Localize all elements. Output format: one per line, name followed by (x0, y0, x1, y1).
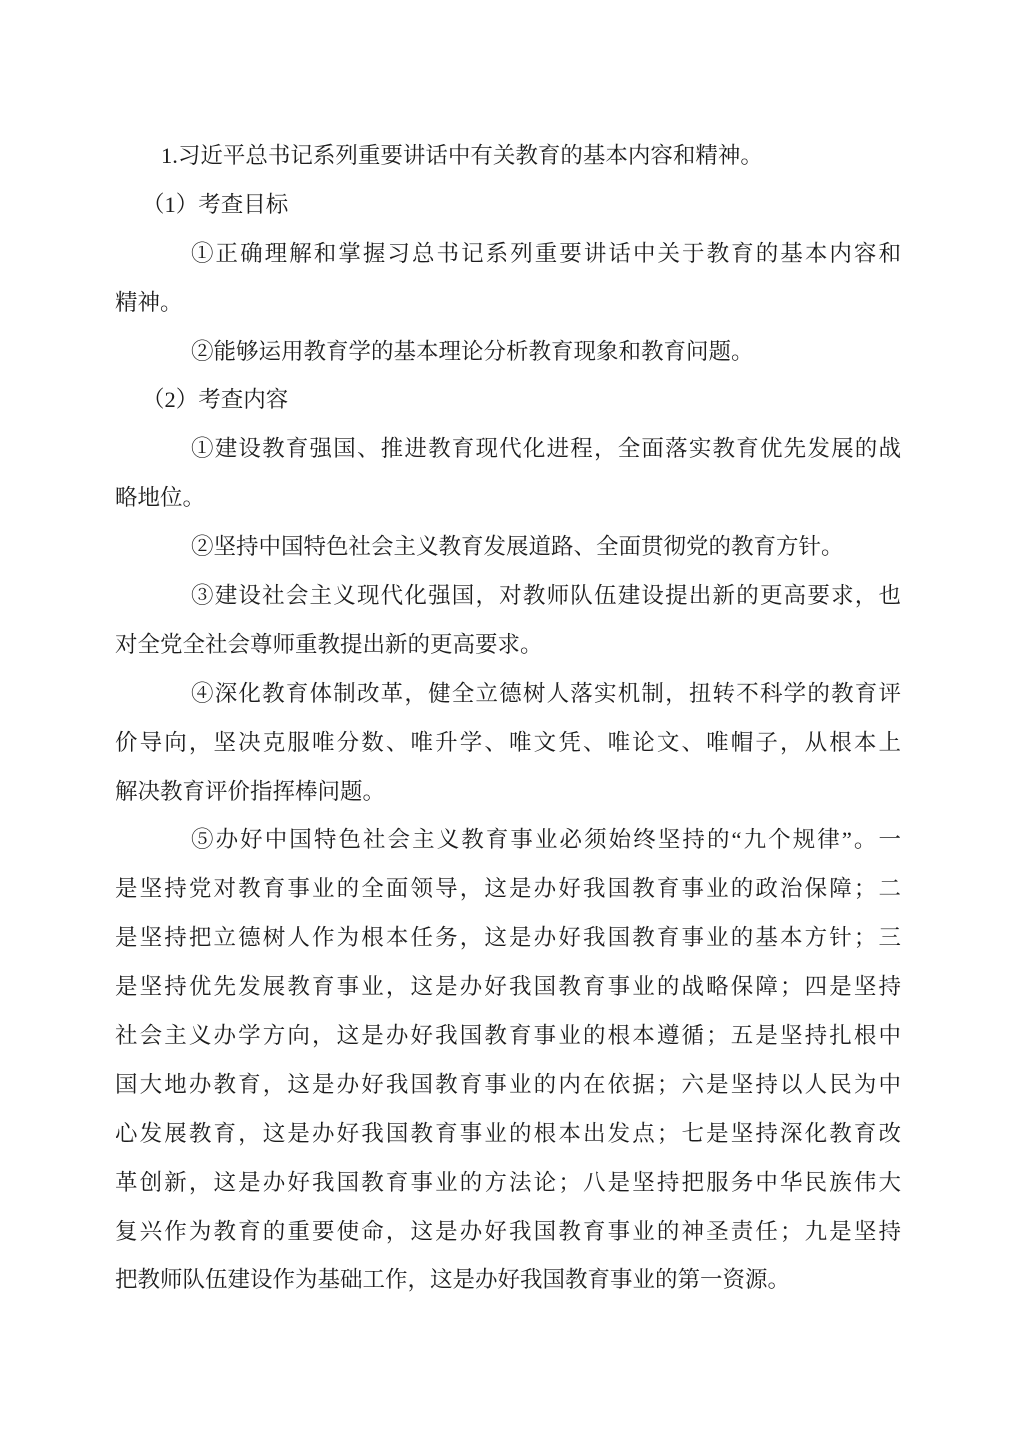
text-line: 把教师队伍建设作为基础工作，这是办好我国教育事业的第一资源。 (115, 1256, 901, 1305)
text-line: （1）考查目标 (115, 181, 901, 230)
text-line: 革创新，这是办好我国教育事业的方法论；八是坚持把服务中华民族伟大 (115, 1159, 901, 1208)
text-line: 心发展教育，这是办好我国教育事业的根本出发点；七是坚持深化教育改 (115, 1110, 901, 1159)
paragraph-content-4: ④深化教育体制改革，健全立德树人落实机制，扭转不科学的教育评价导向，坚决克服唯分… (115, 670, 901, 817)
text-line: 解决教育评价指挥棒问题。 (115, 768, 901, 817)
text-line: 价导向，坚决克服唯分数、唯升学、唯文凭、唯论文、唯帽子，从根本上 (115, 719, 901, 768)
text-line: ①正确理解和掌握习总书记系列重要讲话中关于教育的基本内容和 (115, 230, 901, 279)
text-line: ①建设教育强国、推进教育现代化进程，全面落实教育优先发展的战 (115, 425, 901, 474)
text-line: ③建设社会主义现代化强国，对教师队伍建设提出新的更高要求，也 (115, 572, 901, 621)
text-line: ②能够运用教育学的基本理论分析教育现象和教育问题。 (115, 328, 901, 377)
paragraph-content-2: ②坚持中国特色社会主义教育发展道路、全面贯彻党的教育方针。 (115, 523, 901, 572)
document-page: 1.习近平总书记系列重要讲话中有关教育的基本内容和精神。（1）考查目标①正确理解… (0, 0, 1024, 1448)
text-line: ②坚持中国特色社会主义教育发展道路、全面贯彻党的教育方针。 (115, 523, 901, 572)
text-line: 对全党全社会尊师重教提出新的更高要求。 (115, 621, 901, 670)
text-line: 复兴作为教育的重要使命，这是办好我国教育事业的神圣责任；九是坚持 (115, 1208, 901, 1257)
paragraph-content-5: ⑤办好中国特色社会主义教育事业必须始终坚持的“九个规律”。一是坚持党对教育事业的… (115, 816, 901, 1305)
paragraph-content-3: ③建设社会主义现代化强国，对教师队伍建设提出新的更高要求，也对全党全社会尊师重教… (115, 572, 901, 670)
paragraph-content-1: ①建设教育强国、推进教育现代化进程，全面落实教育优先发展的战略地位。 (115, 425, 901, 523)
text-line: 精神。 (115, 279, 901, 328)
paragraph-heading-exam-content: （2）考查内容 (115, 376, 901, 425)
text-line: 社会主义办学方向，这是办好我国教育事业的根本遵循；五是坚持扎根中 (115, 1012, 901, 1061)
text-line: 国大地办教育，这是办好我国教育事业的内在依据；六是坚持以人民为中 (115, 1061, 901, 1110)
document-body: 1.习近平总书记系列重要讲话中有关教育的基本内容和精神。（1）考查目标①正确理解… (115, 132, 901, 1305)
text-line: 略地位。 (115, 474, 901, 523)
text-line: （2）考查内容 (115, 376, 901, 425)
paragraph-objective-1: ①正确理解和掌握习总书记系列重要讲话中关于教育的基本内容和精神。 (115, 230, 901, 328)
text-line: ④深化教育体制改革，健全立德树人落实机制，扭转不科学的教育评 (115, 670, 901, 719)
paragraph-heading-item-1: 1.习近平总书记系列重要讲话中有关教育的基本内容和精神。 (115, 132, 901, 181)
text-line: ⑤办好中国特色社会主义教育事业必须始终坚持的“九个规律”。一 (115, 816, 901, 865)
paragraph-objective-2: ②能够运用教育学的基本理论分析教育现象和教育问题。 (115, 328, 901, 377)
text-line: 1.习近平总书记系列重要讲话中有关教育的基本内容和精神。 (115, 132, 901, 181)
paragraph-heading-exam-objectives: （1）考查目标 (115, 181, 901, 230)
text-line: 是坚持优先发展教育事业，这是办好我国教育事业的战略保障；四是坚持 (115, 963, 901, 1012)
text-line: 是坚持党对教育事业的全面领导，这是办好我国教育事业的政治保障；二 (115, 865, 901, 914)
text-line: 是坚持把立德树人作为根本任务，这是办好我国教育事业的基本方针；三 (115, 914, 901, 963)
